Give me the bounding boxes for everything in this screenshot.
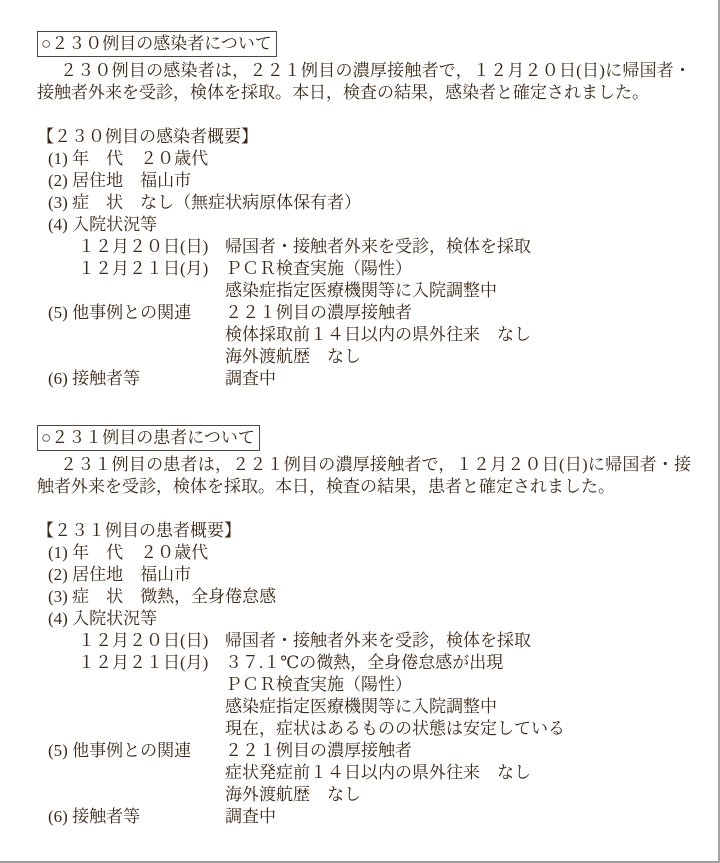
case-231-item-hospitalization: (4) 入院状況等 [37, 608, 691, 630]
case-231-summary-heading: 【２３１例目の患者概要】 [37, 520, 691, 542]
case-231-detail-row: 感染症指定医療機関等に入院調整中 [37, 696, 691, 718]
detail-value: 帰国者・接触者外来を受診，検体を採取 [225, 236, 691, 258]
detail-label: １２月２１日(月) [48, 258, 225, 280]
detail-label: (6) 接触者等 [48, 806, 225, 828]
case-230-title: ○２３０例目の感染者について [37, 31, 277, 57]
case-231-detail-row: 海外渡航歴 なし [37, 784, 691, 806]
case-230-item-hospitalization: (4) 入院状況等 [37, 214, 691, 236]
case-231-detail-row: 症状発症前１４日以内の県外往来 なし [37, 762, 691, 784]
case-231-section: ○２３１例目の患者について ２３１例目の患者は，２２１例目の濃厚接触者で，１２月… [37, 425, 691, 828]
detail-label: １２月２０日(日) [48, 236, 225, 258]
detail-value: 現在，症状はあるものの状態は安定している [225, 718, 691, 740]
detail-label: (6) 接触者等 [48, 368, 225, 390]
case-231-detail-row: １２月２１日(月) ３７.１℃の微熱，全身倦怠感が出現 [37, 652, 691, 674]
scanned-press-release-page: { "colors": { "text": "#3c2817", "title_… [0, 0, 720, 863]
detail-label [48, 784, 225, 806]
detail-label [48, 696, 225, 718]
case-230-intro: ２３０例目の感染者は，２２１例目の濃厚接触者で，１２月２０日(日)に帰国者・接触… [37, 60, 691, 104]
detail-value: 調査中 [225, 368, 691, 390]
detail-label [48, 280, 225, 302]
case-231-detail-row: (5) 他事例との関連 ２２１例目の濃厚接触者 [37, 740, 691, 762]
detail-label [48, 346, 225, 368]
case-230-item-symptoms: (3) 症 状 なし（無症状病原体保有者） [37, 192, 691, 214]
case-231-detail-row: １２月２０日(日) 帰国者・接触者外来を受診，検体を採取 [37, 630, 691, 652]
detail-value: ２２１例目の濃厚接触者 [225, 740, 691, 762]
case-230-detail-row: (6) 接触者等 調査中 [37, 368, 691, 390]
detail-label: (5) 他事例との関連 [48, 740, 225, 762]
detail-label: (5) 他事例との関連 [48, 302, 225, 324]
case-230-detail-row: １２月２１日(月) ＰＣＲ検査実施（陽性） [37, 258, 691, 280]
detail-label [48, 718, 225, 740]
case-231-item-symptoms: (3) 症 状 微熱，全身倦怠感 [37, 586, 691, 608]
case-230-item-residence: (2) 居住地 福山市 [37, 170, 691, 192]
case-231-title: ○２３１例目の患者について [37, 425, 260, 451]
case-230-detail-row: １２月２０日(日) 帰国者・接触者外来を受診，検体を採取 [37, 236, 691, 258]
detail-value: 検体採取前１４日以内の県外往来 なし [225, 324, 691, 346]
case-230-item-age: (1) 年 代 ２０歳代 [37, 148, 691, 170]
case-230-detail-row: (5) 他事例との関連 ２２１例目の濃厚接触者 [37, 302, 691, 324]
detail-value: ２２１例目の濃厚接触者 [225, 302, 691, 324]
case-231-detail-row: (6) 接触者等 調査中 [37, 806, 691, 828]
detail-label: １２月２１日(月) [48, 652, 225, 674]
detail-value: 調査中 [225, 806, 691, 828]
case-230-section: ○２３０例目の感染者について ２３０例目の感染者は，２２１例目の濃厚接触者で，１… [37, 31, 691, 390]
detail-value: ３７.１℃の微熱，全身倦怠感が出現 [225, 652, 691, 674]
document-body: ○２３０例目の感染者について ２３０例目の感染者は，２２１例目の濃厚接触者で，１… [0, 0, 718, 861]
detail-label [48, 324, 225, 346]
detail-value: 帰国者・接触者外来を受診，検体を採取 [225, 630, 691, 652]
detail-value: ＰＣＲ検査実施（陽性） [225, 258, 691, 280]
detail-label [48, 674, 225, 696]
detail-value: 症状発症前１４日以内の県外往来 なし [225, 762, 691, 784]
case-231-detail-row: ＰＣＲ検査実施（陽性） [37, 674, 691, 696]
detail-value: 感染症指定医療機関等に入院調整中 [225, 696, 691, 718]
case-231-item-residence: (2) 居住地 福山市 [37, 564, 691, 586]
detail-value: 感染症指定医療機関等に入院調整中 [225, 280, 691, 302]
detail-value: 海外渡航歴 なし [225, 784, 691, 806]
case-230-summary-heading: 【２３０例目の感染者概要】 [37, 126, 691, 148]
case-231-item-age: (1) 年 代 ２０歳代 [37, 542, 691, 564]
case-231-detail-row: 現在，症状はあるものの状態は安定している [37, 718, 691, 740]
case-230-detail-row: 海外渡航歴 なし [37, 346, 691, 368]
detail-value: ＰＣＲ検査実施（陽性） [225, 674, 691, 696]
case-231-intro: ２３１例目の患者は，２２１例目の濃厚接触者で，１２月２０日(日)に帰国者・接触者… [37, 454, 691, 498]
case-230-detail-row: 感染症指定医療機関等に入院調整中 [37, 280, 691, 302]
detail-value: 海外渡航歴 なし [225, 346, 691, 368]
case-230-detail-row: 検体採取前１４日以内の県外往来 なし [37, 324, 691, 346]
detail-label: １２月２０日(日) [48, 630, 225, 652]
detail-label [48, 762, 225, 784]
